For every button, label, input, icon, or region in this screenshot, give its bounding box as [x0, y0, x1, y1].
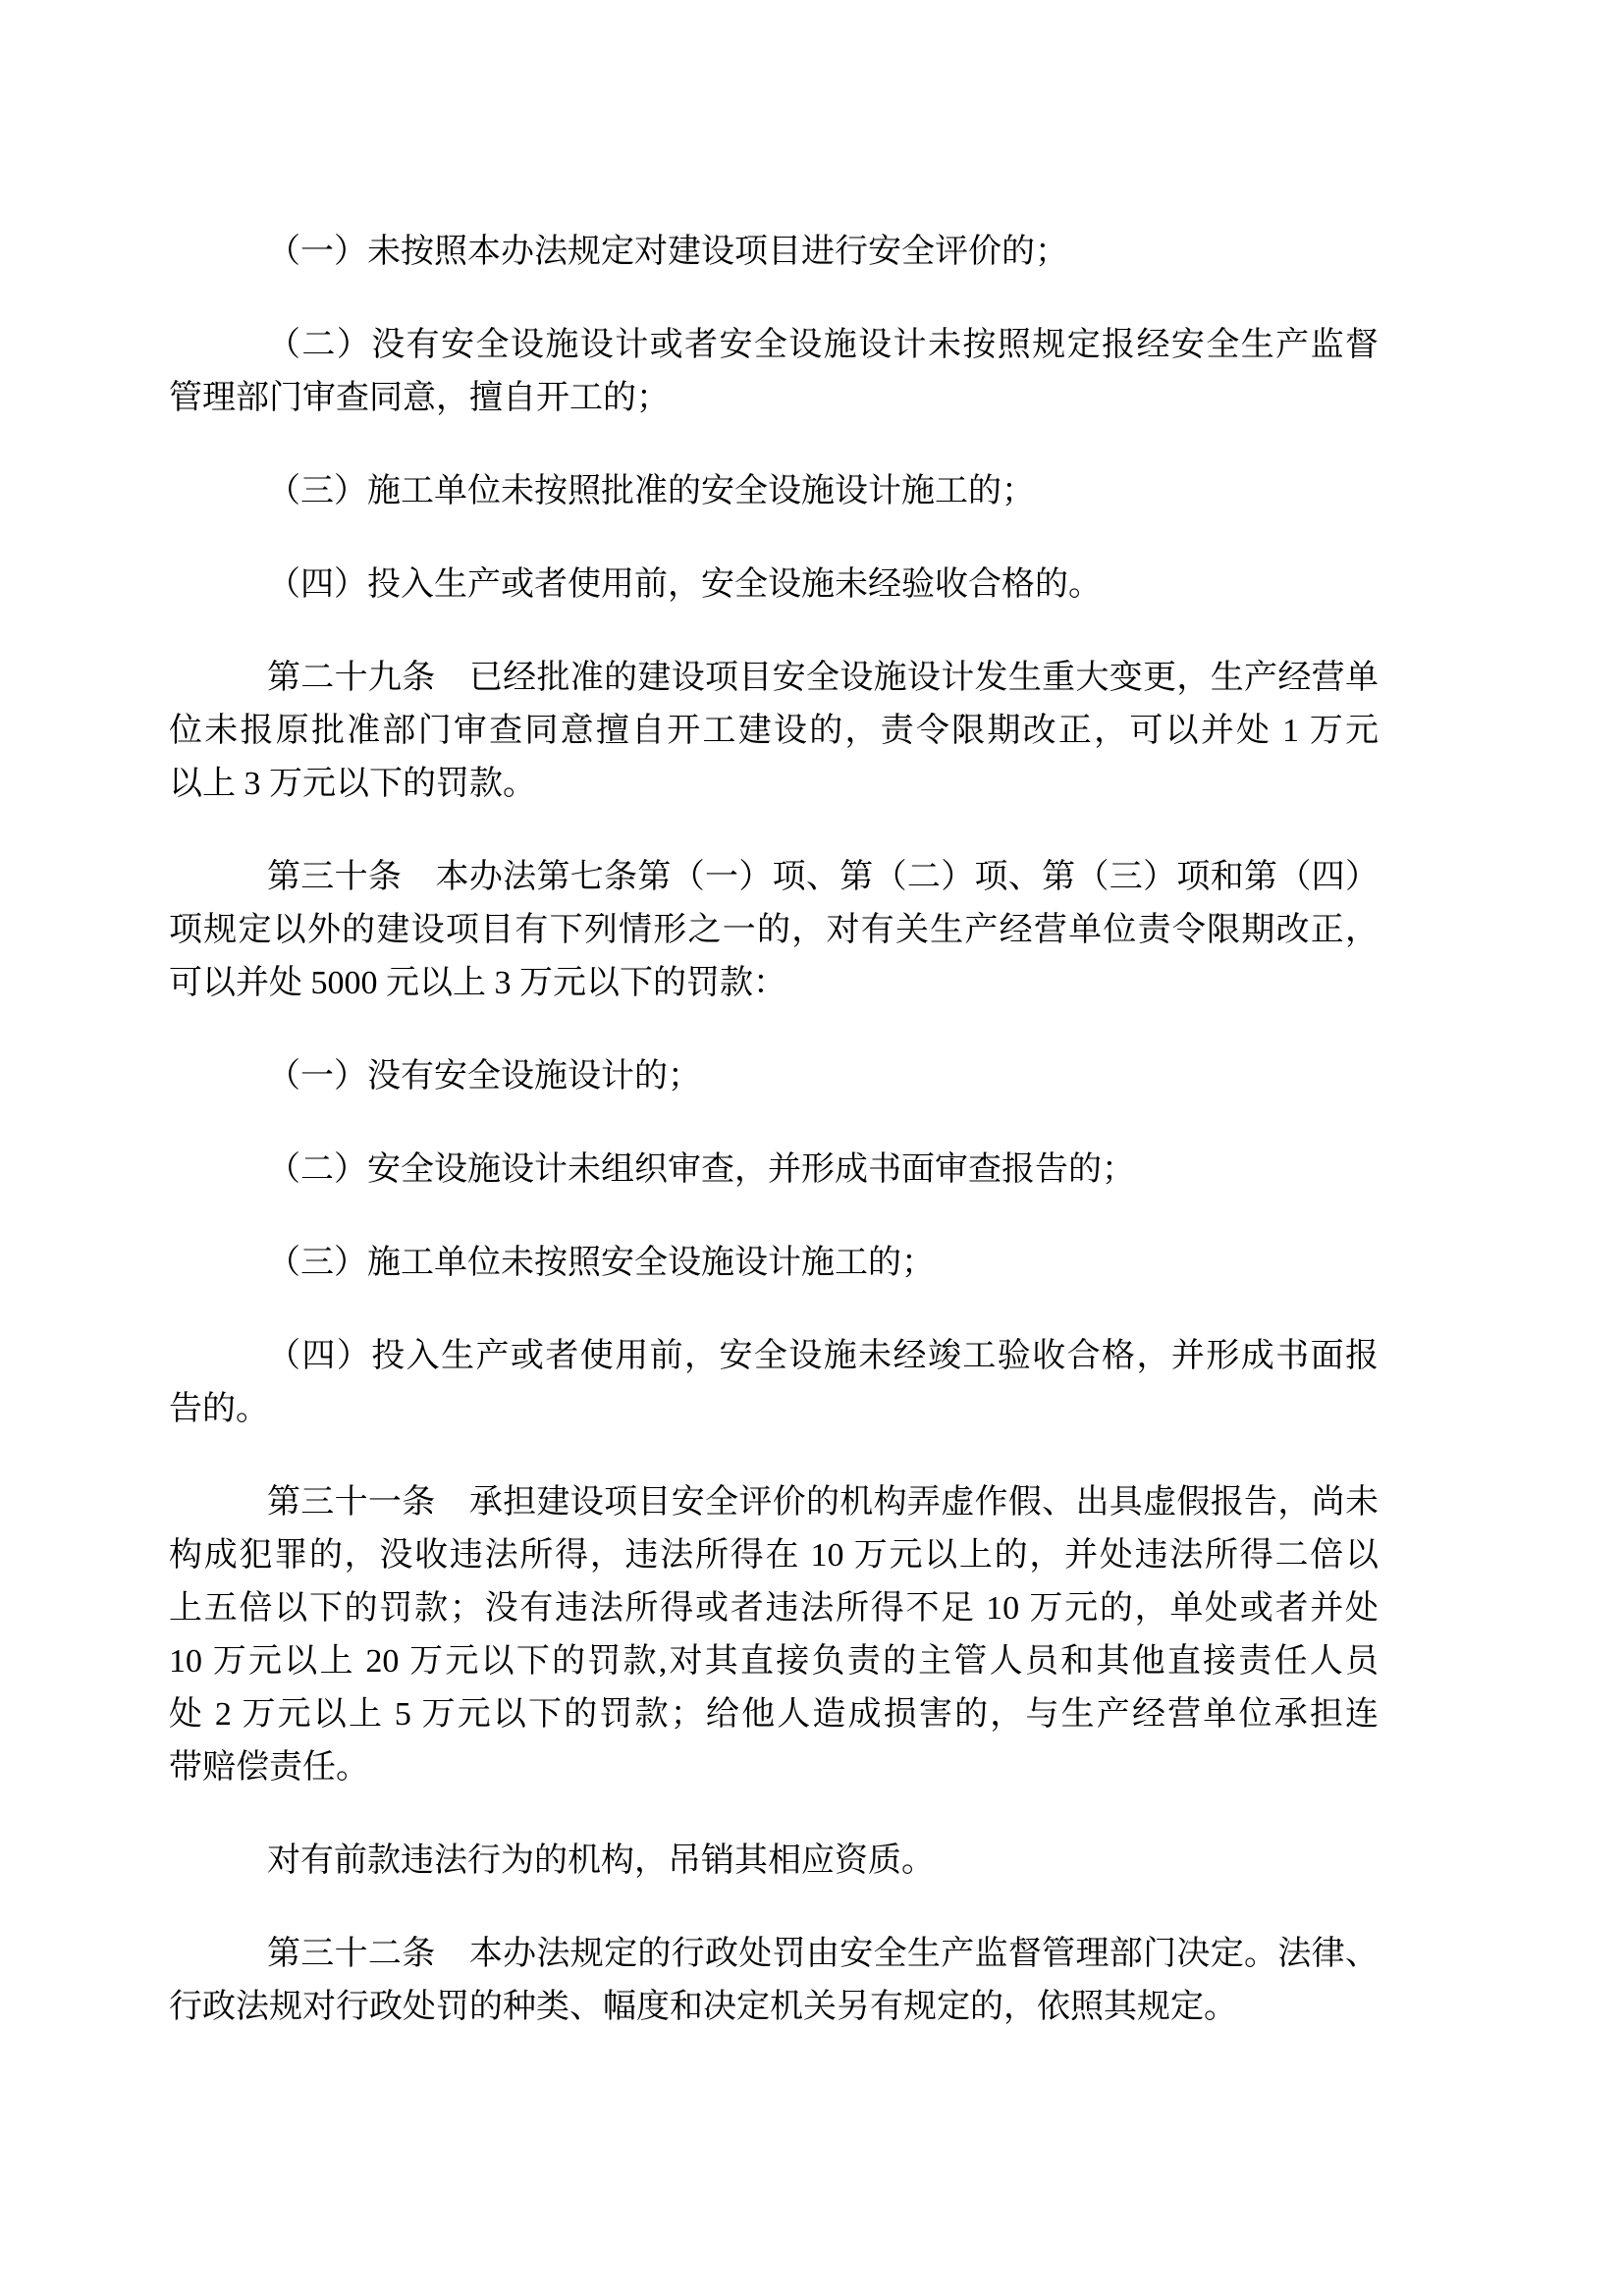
- text-line: 以上 3 万元以下的罚款。: [169, 758, 1379, 811]
- text-line: 位未报原批准部门审查同意擅自开工建设的，责令限期改正，可以并处 1 万元: [169, 705, 1379, 758]
- paragraph: 第三十一条 承担建设项目安全评价的机构弄虚作假、出具虚假报告，尚未构成犯罪的，没…: [169, 1476, 1379, 1794]
- text-line: （四）投入生产或者使用前，安全设施未经竣工验收合格，并形成书面报: [169, 1330, 1379, 1383]
- text-line: 第三十一条 承担建设项目安全评价的机构弄虚作假、出具虚假报告，尚未: [169, 1476, 1379, 1529]
- text-line: 对有前款违法行为的机构，吊销其相应资质。: [169, 1835, 1379, 1888]
- text-line: 构成犯罪的，没收违法所得，违法所得在 10 万元以上的，并处违法所得二倍以: [169, 1529, 1379, 1582]
- text-line: 处 2 万元以上 5 万元以下的罚款；给他人造成损害的，与生产经营单位承担连: [169, 1688, 1379, 1741]
- text-line: 第三十条 本办法第七条第（一）项、第（二）项、第（三）项和第（四）: [169, 851, 1379, 904]
- paragraph: （三）施工单位未按照批准的安全设施设计施工的；: [169, 465, 1379, 518]
- paragraph: 第三十二条 本办法规定的行政处罚由安全生产监督管理部门决定。法律、行政法规对行政…: [169, 1928, 1379, 2034]
- document-page: （一）未按照本办法规定对建设项目进行安全评价的；（二）没有安全设施设计或者安全设…: [0, 0, 1624, 2296]
- text-line: 告的。: [169, 1383, 1379, 1436]
- paragraph: 第三十条 本办法第七条第（一）项、第（二）项、第（三）项和第（四）项规定以外的建…: [169, 851, 1379, 1010]
- text-line: （二）安全设施设计未组织审查，并形成书面审查报告的；: [169, 1144, 1379, 1197]
- paragraph: （二）安全设施设计未组织审查，并形成书面审查报告的；: [169, 1144, 1379, 1197]
- paragraph: （四）投入生产或者使用前，安全设施未经验收合格的。: [169, 559, 1379, 612]
- paragraph: （四）投入生产或者使用前，安全设施未经竣工验收合格，并形成书面报告的。: [169, 1330, 1379, 1436]
- paragraph: （一）未按照本办法规定对建设项目进行安全评价的；: [169, 226, 1379, 279]
- text-line: （三）施工单位未按照批准的安全设施设计施工的；: [169, 465, 1379, 518]
- text-line: 第三十二条 本办法规定的行政处罚由安全生产监督管理部门决定。法律、: [169, 1928, 1379, 1981]
- paragraph: （三）施工单位未按照安全设施设计施工的；: [169, 1237, 1379, 1290]
- text-line: （一）未按照本办法规定对建设项目进行安全评价的；: [169, 226, 1379, 279]
- document-body: （一）未按照本办法规定对建设项目进行安全评价的；（二）没有安全设施设计或者安全设…: [169, 226, 1379, 2074]
- text-line: （二）没有安全设施设计或者安全设施设计未按照规定报经安全生产监督: [169, 319, 1379, 372]
- text-line: （三）施工单位未按照安全设施设计施工的；: [169, 1237, 1379, 1290]
- paragraph: 对有前款违法行为的机构，吊销其相应资质。: [169, 1835, 1379, 1888]
- paragraph: 第二十九条 已经批准的建设项目安全设施设计发生重大变更，生产经营单位未报原批准部…: [169, 652, 1379, 811]
- paragraph: （一）没有安全设施设计的；: [169, 1050, 1379, 1103]
- text-line: 行政法规对行政处罚的种类、幅度和决定机关另有规定的，依照其规定。: [169, 1981, 1379, 2034]
- paragraph: （二）没有安全设施设计或者安全设施设计未按照规定报经安全生产监督管理部门审查同意…: [169, 319, 1379, 425]
- text-line: 第二十九条 已经批准的建设项目安全设施设计发生重大变更，生产经营单: [169, 652, 1379, 705]
- text-line: 上五倍以下的罚款；没有违法所得或者违法所得不足 10 万元的，单处或者并处: [169, 1582, 1379, 1635]
- text-line: （四）投入生产或者使用前，安全设施未经验收合格的。: [169, 559, 1379, 612]
- text-line: 管理部门审查同意，擅自开工的；: [169, 372, 1379, 425]
- text-line: 10 万元以上 20 万元以下的罚款,对其直接负责的主管人员和其他直接责任人员: [169, 1635, 1379, 1688]
- text-line: 项规定以外的建设项目有下列情形之一的，对有关生产经营单位责令限期改正，: [169, 904, 1379, 957]
- text-line: 带赔偿责任。: [169, 1741, 1379, 1794]
- text-line: （一）没有安全设施设计的；: [169, 1050, 1379, 1103]
- text-line: 可以并处 5000 元以上 3 万元以下的罚款：: [169, 957, 1379, 1010]
